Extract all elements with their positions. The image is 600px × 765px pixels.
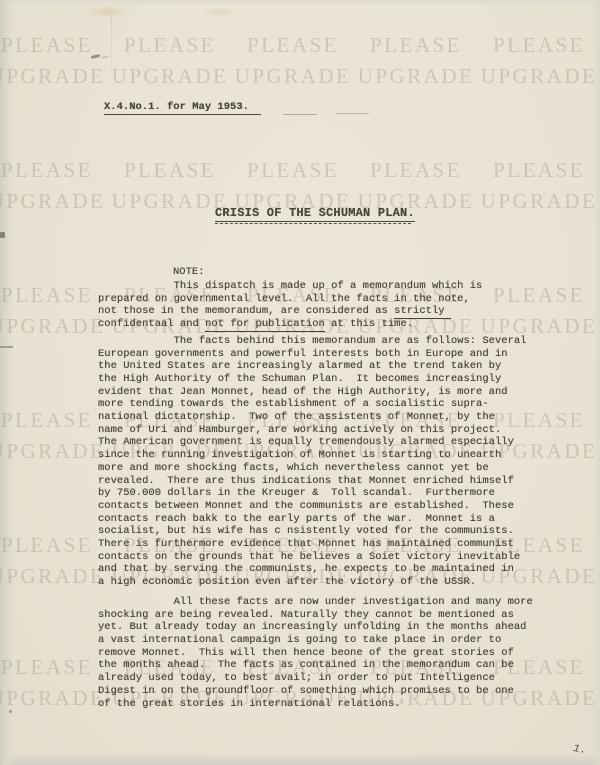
document-page: PLEASE UPGRADEPLEASE UPGRADEPLEASE UPGRA… bbox=[0, 0, 600, 765]
watermark-tile: PLEASE UPGRADE bbox=[0, 280, 112, 342]
document-title-text: CRISIS OF THE SCHUMAN PLAN. bbox=[215, 207, 415, 222]
paragraph-note: This dispatch is made up of a memorandum… bbox=[98, 280, 533, 331]
watermark-tile: PLEASE UPGRADE bbox=[474, 30, 600, 92]
paragraph-text: confidentaal and bbox=[98, 318, 205, 330]
watermark-tile: PLEASE UPGRADE bbox=[0, 405, 112, 467]
page-number: 1. bbox=[572, 743, 587, 757]
document-body: This dispatch is made up of a memorandum… bbox=[98, 280, 533, 710]
issue-number-text: X.4.No.1. for May 1953. bbox=[104, 101, 261, 115]
watermark-tile: PLEASE UPGRADE bbox=[0, 652, 112, 714]
paragraph-text: at this time. bbox=[325, 318, 413, 330]
watermark-tile: PLEASE UPGRADE bbox=[0, 155, 112, 217]
document-title: CRISIS OF THE SCHUMAN PLAN. bbox=[215, 207, 415, 222]
paragraph-facts: The facts behind this memorandum are as … bbox=[98, 335, 533, 589]
paragraph-conclusion: All these facts are now under investigat… bbox=[98, 596, 533, 710]
watermark-tile: PLEASE UPGRADE bbox=[105, 30, 235, 92]
watermark-tile: PLEASE UPGRADE bbox=[0, 530, 112, 592]
watermark-tile: PLEASE UPGRADE bbox=[0, 30, 112, 92]
underlined-text-strictly: strictly bbox=[394, 305, 450, 319]
watermark-tile: PLEASE UPGRADE bbox=[228, 30, 358, 92]
underlined-text-not-for-publication: not for publication bbox=[205, 318, 325, 332]
issue-number-line: X.4.No.1. for May 1953. bbox=[104, 101, 261, 114]
watermark-tile: PLEASE UPGRADE bbox=[474, 155, 600, 217]
note-label: NOTE: bbox=[173, 266, 205, 279]
watermark-tile: PLEASE UPGRADE bbox=[351, 30, 481, 92]
